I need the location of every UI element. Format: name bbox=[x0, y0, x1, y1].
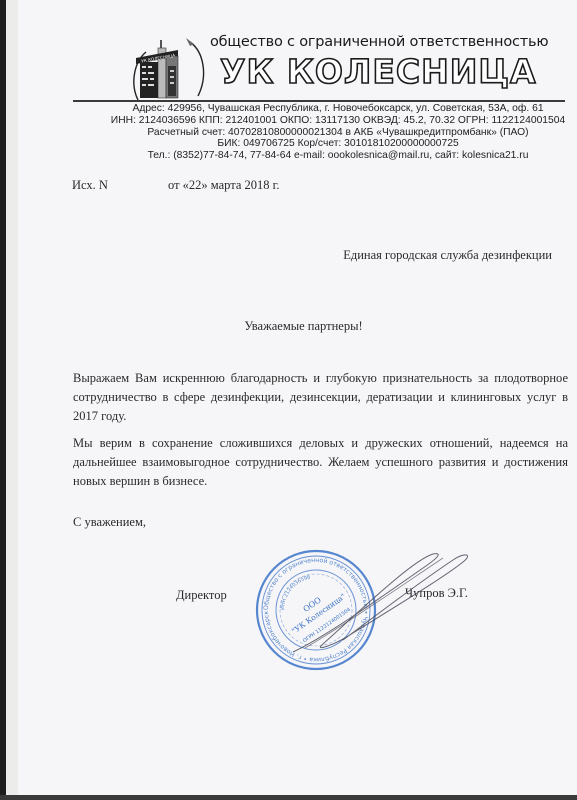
organization-type: общество с ограниченной ответственностью bbox=[210, 34, 548, 50]
closing: С уважением, bbox=[73, 515, 146, 530]
requisite-tax-ids: ИНН: 2124036596 КПП: 212401001 ОКПО: 131… bbox=[108, 115, 568, 127]
requisite-bik: БИК: 049706725 Кор/счет: 301018102000000… bbox=[108, 138, 568, 150]
salutation: Уважаемые партнеры! bbox=[18, 319, 577, 334]
outgoing-number: Исх. N bbox=[72, 178, 108, 193]
requisite-contacts: Тел.: (8352)77-84-74, 77-84-64 e-mail: o… bbox=[108, 150, 568, 162]
body-paragraph-2: Мы верим в сохранение сложившихся деловы… bbox=[73, 434, 568, 491]
organization-name: УК КОЛЕСНИЦА bbox=[220, 54, 537, 90]
company-requisites: Адрес: 429956, Чувашская Республика, г. … bbox=[108, 103, 568, 162]
body-paragraph-1: Выражаем Вам искреннюю благодарность и г… bbox=[73, 369, 568, 426]
letter-page: УК КОЛЕСНИЦА общество с ограниченной отв… bbox=[6, 0, 577, 795]
requisite-bank-account: Расчетный счет: 40702810800000021304 в А… bbox=[108, 127, 568, 139]
signer-position: Директор bbox=[176, 588, 227, 603]
recipient: Единая городская служба дезинфекции bbox=[343, 248, 552, 263]
header-divider bbox=[73, 100, 565, 102]
company-logo-icon: УК КОЛЕСНИЦА bbox=[132, 34, 208, 102]
letter-date: от «22» марта 2018 г. bbox=[168, 178, 280, 193]
scan-bottom-edge bbox=[0, 795, 577, 800]
requisite-address: Адрес: 429956, Чувашская Республика, г. … bbox=[108, 103, 568, 115]
director-signature-icon bbox=[283, 548, 478, 658]
